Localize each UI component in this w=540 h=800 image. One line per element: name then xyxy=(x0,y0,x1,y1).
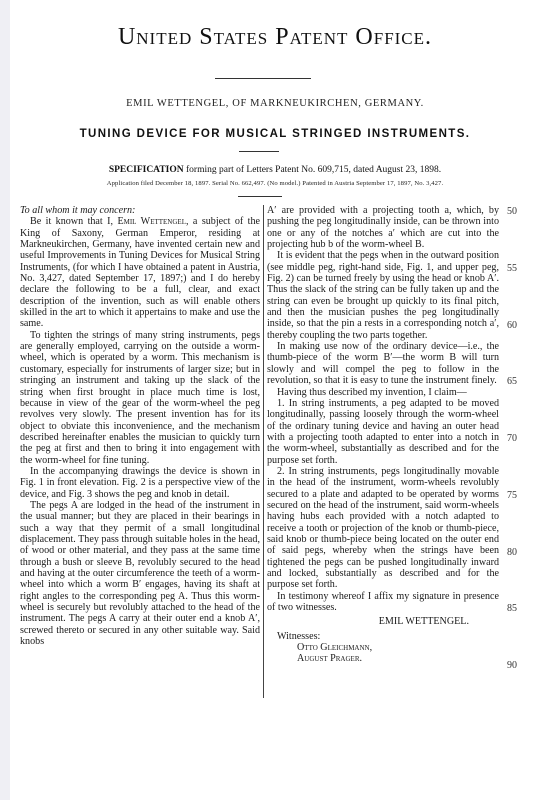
witness-name: August Prager. xyxy=(267,653,499,664)
spec-label: SPECIFICATION xyxy=(109,165,184,175)
paragraph: To tighten the strings of many string in… xyxy=(20,330,260,466)
paragraph: A′ are provided with a projecting tooth … xyxy=(267,205,499,250)
witnesses-label: Witnesses: xyxy=(267,631,499,642)
paragraph: Having thus described my invention, I cl… xyxy=(267,387,499,398)
text: Be it known that I, xyxy=(30,216,117,227)
witness-name: Otto Gleichmann, xyxy=(267,642,499,653)
claim-2: 2. In string instruments, pegs longitudi… xyxy=(267,466,499,591)
right-column: A′ are provided with a projecting tooth … xyxy=(267,205,499,665)
paragraph: The pegs A are lodged in the head of the… xyxy=(20,500,260,647)
line-number: 90 xyxy=(507,660,517,671)
divider xyxy=(238,196,282,197)
office-title: United States Patent Office. xyxy=(10,24,540,51)
paragraph: In making use now of the ordinary device… xyxy=(267,341,499,386)
application-line: Application filed December 18, 1897. Ser… xyxy=(10,180,540,187)
viewer-margin xyxy=(0,0,10,800)
line-number: 50 xyxy=(507,206,517,217)
divider xyxy=(239,151,279,152)
salutation: To all whom it may concern: xyxy=(20,205,260,216)
line-number: 85 xyxy=(507,603,517,614)
line-number: 55 xyxy=(507,263,517,274)
text: , a subject of the King of Saxony, Germa… xyxy=(20,216,260,329)
spec-text: forming part of Letters Patent No. 609,7… xyxy=(184,165,442,175)
line-number: 65 xyxy=(507,376,517,387)
column-divider xyxy=(263,205,264,698)
testimony: In testimony whereof I affix my signatur… xyxy=(267,591,499,614)
inventor-name: Emil Wettengel xyxy=(117,216,186,227)
left-column: To all whom it may concern: Be it known … xyxy=(20,205,260,647)
line-number: 70 xyxy=(507,433,517,444)
paragraph: In the accompanying drawings the device … xyxy=(20,466,260,500)
line-number: 75 xyxy=(507,490,517,501)
claim-1: 1. In string instruments, a peg adapted … xyxy=(267,398,499,466)
invention-title: TUNING DEVICE FOR MUSICAL STRINGED INSTR… xyxy=(10,128,540,140)
specification-line: SPECIFICATION forming part of Letters Pa… xyxy=(10,165,540,175)
line-number: 80 xyxy=(507,547,517,558)
line-number: 60 xyxy=(507,320,517,331)
paragraph: It is evident that the pegs when in the … xyxy=(267,250,499,341)
signature: EMIL WETTENGEL. xyxy=(267,616,499,627)
inventor-line: EMIL WETTENGEL, OF MARKNEUKIRCHEN, GERMA… xyxy=(10,98,540,109)
paragraph: Be it known that I, Emil Wettengel, a su… xyxy=(20,216,260,329)
divider xyxy=(215,78,311,79)
patent-page: United States Patent Office. EMIL WETTEN… xyxy=(10,0,540,800)
